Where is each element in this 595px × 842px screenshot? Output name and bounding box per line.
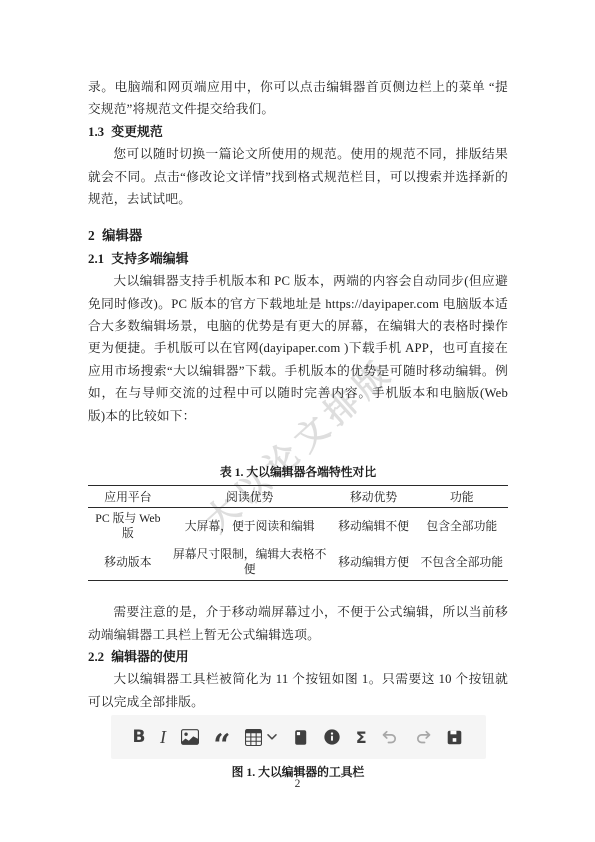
- heading-1-3: 1.3变更规范: [88, 121, 508, 143]
- heading-number: 1.3: [88, 125, 104, 139]
- heading-2: 2编辑器: [88, 225, 508, 247]
- undo-icon: [381, 725, 399, 749]
- redo-icon: [414, 725, 432, 749]
- table-header-reading: 阅读优势: [168, 486, 332, 508]
- heading-2-2: 2.2编辑器的使用: [88, 646, 508, 668]
- table-cell: 屏幕尺寸限制，编辑大表格不便: [168, 544, 332, 581]
- info-icon: [323, 725, 341, 749]
- toolbar-figure-image: B I “: [111, 715, 486, 759]
- heading-title: 变更规范: [111, 125, 163, 139]
- table-dropdown-button: [245, 725, 277, 749]
- table-cell: 移动编辑不便: [332, 508, 416, 545]
- paragraph-editor-usage: 大以编辑器工具栏被简化为 11 个按钮如图 1。只需要这 10 个按钮就可以完成…: [88, 668, 508, 713]
- table-header-features: 功能: [416, 486, 508, 508]
- table-cell: 移动编辑方便: [332, 544, 416, 581]
- heading-number: 2.1: [88, 252, 104, 266]
- heading-2-1: 2.1支持多端编辑: [88, 248, 508, 270]
- page-content: 录。电脑端和网页端应用中，你可以点击编辑器首页侧边栏上的菜单 “提交规范”将规范…: [88, 76, 508, 781]
- formula-icon: Σ: [356, 725, 367, 749]
- italic-icon: I: [160, 725, 166, 749]
- table-row: 移动版本 屏幕尺寸限制，编辑大表格不便 移动编辑方便 不包含全部功能: [88, 544, 508, 581]
- table-cell: 包含全部功能: [416, 508, 508, 545]
- paragraph-note: 需要注意的是，介于移动端屏幕过小，不便于公式编辑，所以当前移动端编辑器工具栏上暂…: [88, 601, 508, 646]
- comparison-table: 应用平台 阅读优势 移动优势 功能 PC 版与 Web 版 大屏幕，便于阅读和编…: [88, 485, 508, 581]
- table-cell: 不包含全部功能: [416, 544, 508, 581]
- table-header-row: 应用平台 阅读优势 移动优势 功能: [88, 486, 508, 508]
- heading-title: 编辑器的使用: [111, 650, 188, 664]
- paragraph-continuation: 录。电脑端和网页端应用中，你可以点击编辑器首页侧边栏上的菜单 “提交规范”将规范…: [88, 76, 508, 121]
- table-cell: PC 版与 Web 版: [88, 508, 168, 545]
- paragraph-multi-device: 大以编辑器支持手机版本和 PC 版本，两端的内容会自动同步(但应避免同时修改)。…: [88, 270, 508, 427]
- note-icon: [292, 725, 309, 749]
- document-page: 大以论文排版 录。电脑端和网页端应用中，你可以点击编辑器首页侧边栏上的菜单 “提…: [0, 0, 595, 842]
- table-caption: 表 1. 大以编辑器各端特性对比: [88, 463, 508, 481]
- table-header-platform: 应用平台: [88, 486, 168, 508]
- table-row: PC 版与 Web 版 大屏幕，便于阅读和编辑 移动编辑不便 包含全部功能: [88, 508, 508, 545]
- page-number: 2: [0, 778, 595, 790]
- chevron-down-icon: [267, 725, 277, 749]
- image-icon: [181, 725, 199, 749]
- heading-number: 2: [88, 228, 95, 243]
- table-icon: [245, 725, 262, 749]
- bold-icon: B: [133, 725, 146, 749]
- heading-title: 支持多端编辑: [111, 252, 188, 266]
- quote-icon: “: [213, 725, 230, 749]
- table-header-mobility: 移动优势: [332, 486, 416, 508]
- heading-title: 编辑器: [102, 228, 142, 243]
- heading-number: 2.2: [88, 650, 104, 664]
- table-cell: 大屏幕，便于阅读和编辑: [168, 508, 332, 545]
- paragraph-change-spec: 您可以随时切换一篇论文所使用的规范。使用的规范不同，排版结果就会不同。点击“修改…: [88, 143, 508, 210]
- table-cell: 移动版本: [88, 544, 168, 581]
- save-icon: [446, 725, 463, 749]
